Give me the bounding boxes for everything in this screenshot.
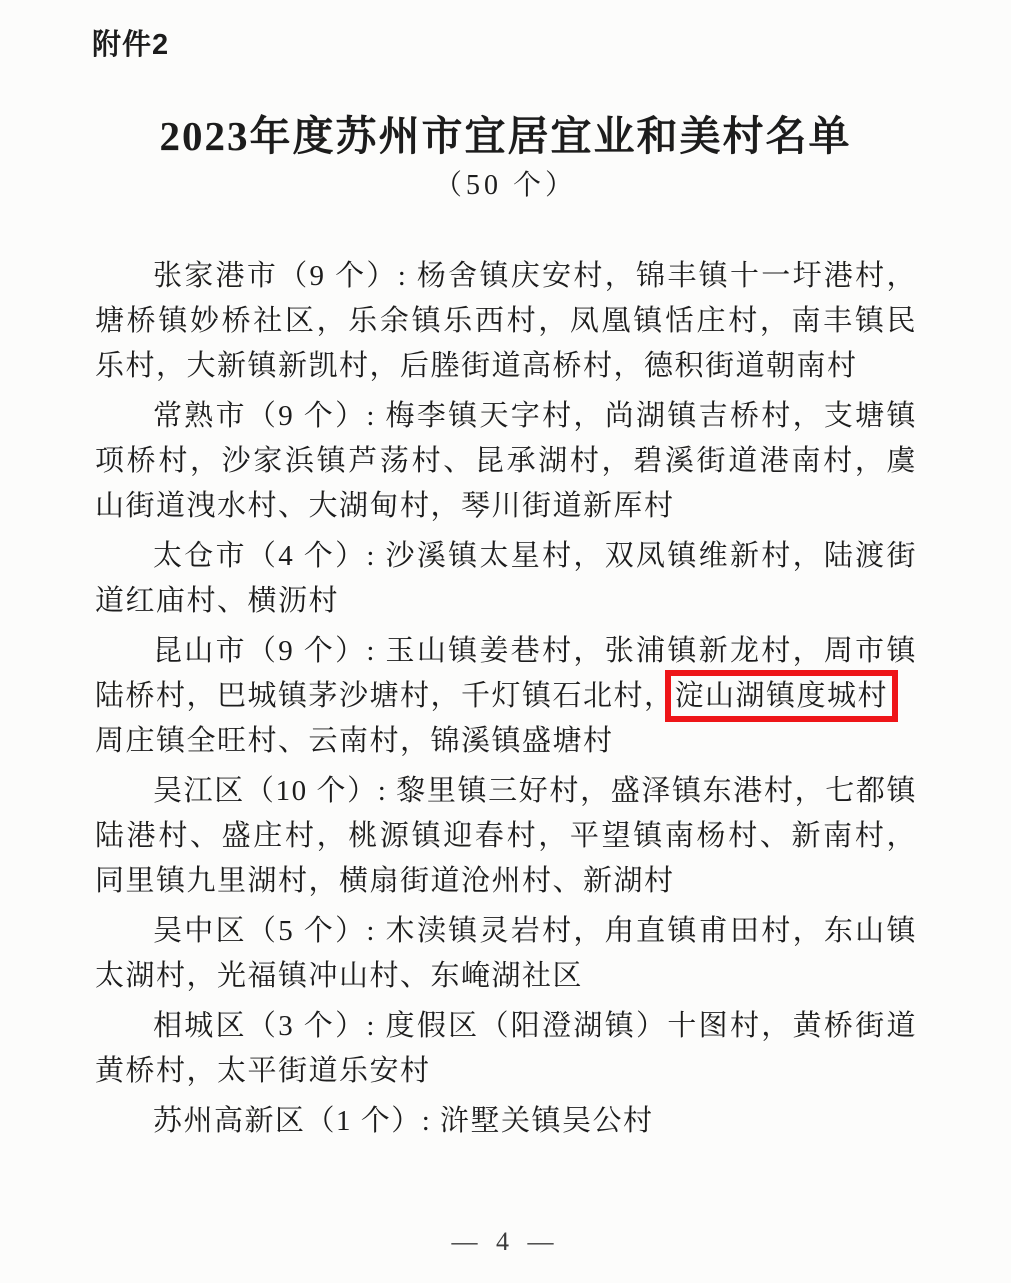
paragraph-kunshan: 昆山市（9 个）: 玉山镇姜巷村，张浦镇新龙村，周市镇陆桥村，巴城镇茅沙塘村，千… xyxy=(95,629,917,764)
document-title: 2023年度苏州市宜居宜业和美村名单 xyxy=(0,103,1011,162)
paragraph-changshu: 常熟市（9 个）: 梅李镇天字村，尚湖镇吉桥村，支塘镇项桥村，沙家浜镇芦荡村、昆… xyxy=(95,394,917,529)
paragraph-suzhou-high-tech: 苏州高新区（1 个）: 浒墅关镇吴公村 xyxy=(95,1099,917,1144)
village-list-text: 张家港市（9 个）: 杨舍镇庆安村，锦丰镇十一圩港村，塘桥镇妙桥社区，乐余镇乐西… xyxy=(95,260,917,382)
paragraph-wuzhong: 吴中区（5 个）: 木渎镇灵岩村，甪直镇甫田村，东山镇太湖村，光福镇冲山村、东崦… xyxy=(95,909,917,999)
village-list-text: 太仓市（4 个）: 沙溪镇太星村，双凤镇维新村，陆渡街道红庙村、横沥村 xyxy=(95,540,917,617)
document-subtitle: （50 个） xyxy=(0,163,1011,203)
village-list-text: 常熟市（9 个）: 梅李镇天字村，尚湖镇吉桥村，支塘镇项桥村，沙家浜镇芦荡村、昆… xyxy=(95,400,917,522)
village-list-body: 张家港市（9 个）: 杨舍镇庆安村，锦丰镇十一圩港村，塘桥镇妙桥社区，乐余镇乐西… xyxy=(95,254,917,1149)
paragraph-taicang: 太仓市（4 个）: 沙溪镇太星村，双凤镇维新村，陆渡街道红庙村、横沥村 xyxy=(95,534,917,624)
paragraph-wujiang: 吴江区（10 个）: 黎里镇三好村，盛泽镇东港村，七都镇陆港村、盛庄村，桃源镇迎… xyxy=(95,769,917,904)
attachment-label: 附件2 xyxy=(92,22,169,63)
village-list-text: 吴中区（5 个）: 木渎镇灵岩村，甪直镇甫田村，东山镇太湖村，光福镇冲山村、东崦… xyxy=(95,915,917,992)
paragraph-xiangcheng: 相城区（3 个）: 度假区（阳澄湖镇）十图村，黄桥街道黄桥村，太平街道乐安村 xyxy=(95,1004,917,1094)
highlighted-village-red-box: 淀山湖镇度城村 xyxy=(675,680,889,712)
village-list-text: 相城区（3 个）: 度假区（阳澄湖镇）十图村，黄桥街道黄桥村，太平街道乐安村 xyxy=(95,1010,917,1087)
document-page: 附件2 2023年度苏州市宜居宜业和美村名单 （50 个） 张家港市（9 个）:… xyxy=(0,0,1011,1283)
village-list-text: 苏州高新区（1 个）: 浒墅关镇吴公村 xyxy=(153,1105,654,1137)
paragraph-zhangjiagang: 张家港市（9 个）: 杨舍镇庆安村，锦丰镇十一圩港村，塘桥镇妙桥社区，乐余镇乐西… xyxy=(95,254,917,389)
page-number: — 4 — xyxy=(0,1227,1011,1257)
village-list-text: 吴江区（10 个）: 黎里镇三好村，盛泽镇东港村，七都镇陆港村、盛庄村，桃源镇迎… xyxy=(95,775,917,897)
